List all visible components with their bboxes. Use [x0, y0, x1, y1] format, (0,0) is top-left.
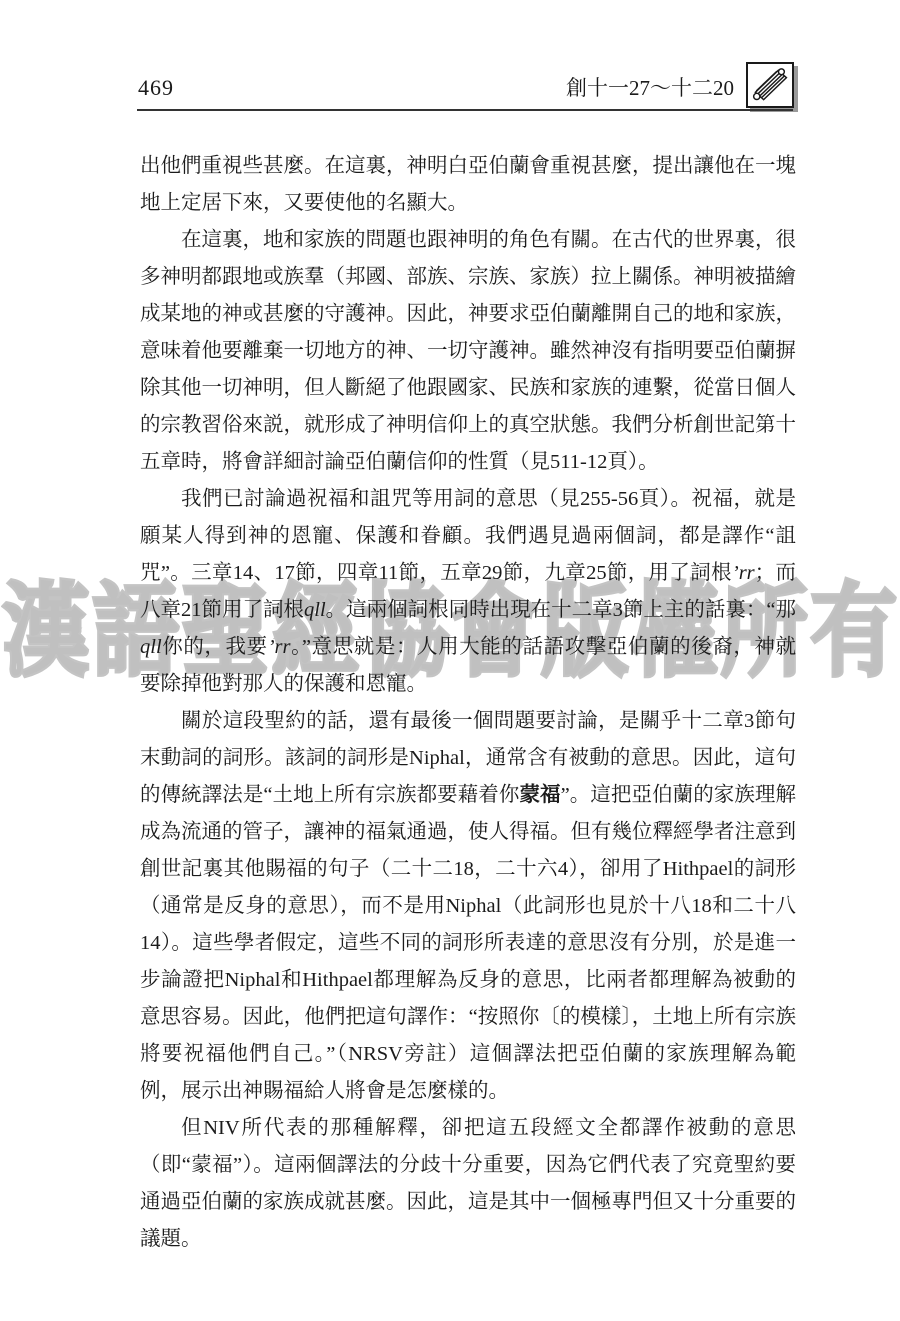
paragraph: 但NIV所代表的那種解釋，卻把這五段經文全都譯作被動的意思（即“蒙福”）。這兩個… [140, 1110, 796, 1258]
transliterated-term: qll [304, 599, 326, 621]
paragraph: 我們已討論過祝福和詛咒等用詞的意思（見255-56頁）。祝福，就是願某人得到神的… [140, 481, 796, 703]
section-reference: 創十一27～十二20 [566, 78, 734, 108]
body-text: 出他們重視些甚麼。在這裏，神明白亞伯蘭會重視甚麼，提出讓他在一塊地上定居下來，又… [140, 148, 796, 1258]
header-rule [137, 109, 793, 111]
page-number: 469 [138, 77, 174, 108]
emphasized-term: 蒙福 [519, 784, 560, 806]
transliterated-term: ’rr [268, 636, 291, 658]
header-right: 創十一27～十二20 [566, 62, 794, 108]
paragraph: 在這裏，地和家族的問題也跟神明的角色有關。在古代的世界裏，很多神明都跟地或族羣（… [140, 222, 796, 481]
transliterated-term: ’rr [732, 562, 755, 584]
watermark-char: 漢 [3, 582, 89, 683]
paragraph: 關於這段聖約的話，還有最後一個問題要討論，是關乎十二章3節句末動詞的詞形。該詞的… [140, 703, 796, 1110]
page-header: 469 創十一27～十二20 [138, 62, 794, 108]
paragraph: 出他們重視些甚麼。在這裏，神明白亞伯蘭會重視甚麼，提出讓他在一塊地上定居下來，又… [140, 148, 796, 222]
page: 469 創十一27～十二20 [0, 0, 900, 1321]
scroll-icon-drawing [748, 64, 792, 106]
watermark-char: 有 [811, 582, 897, 683]
transliterated-term: qll [140, 636, 162, 658]
scroll-icon [746, 62, 794, 108]
